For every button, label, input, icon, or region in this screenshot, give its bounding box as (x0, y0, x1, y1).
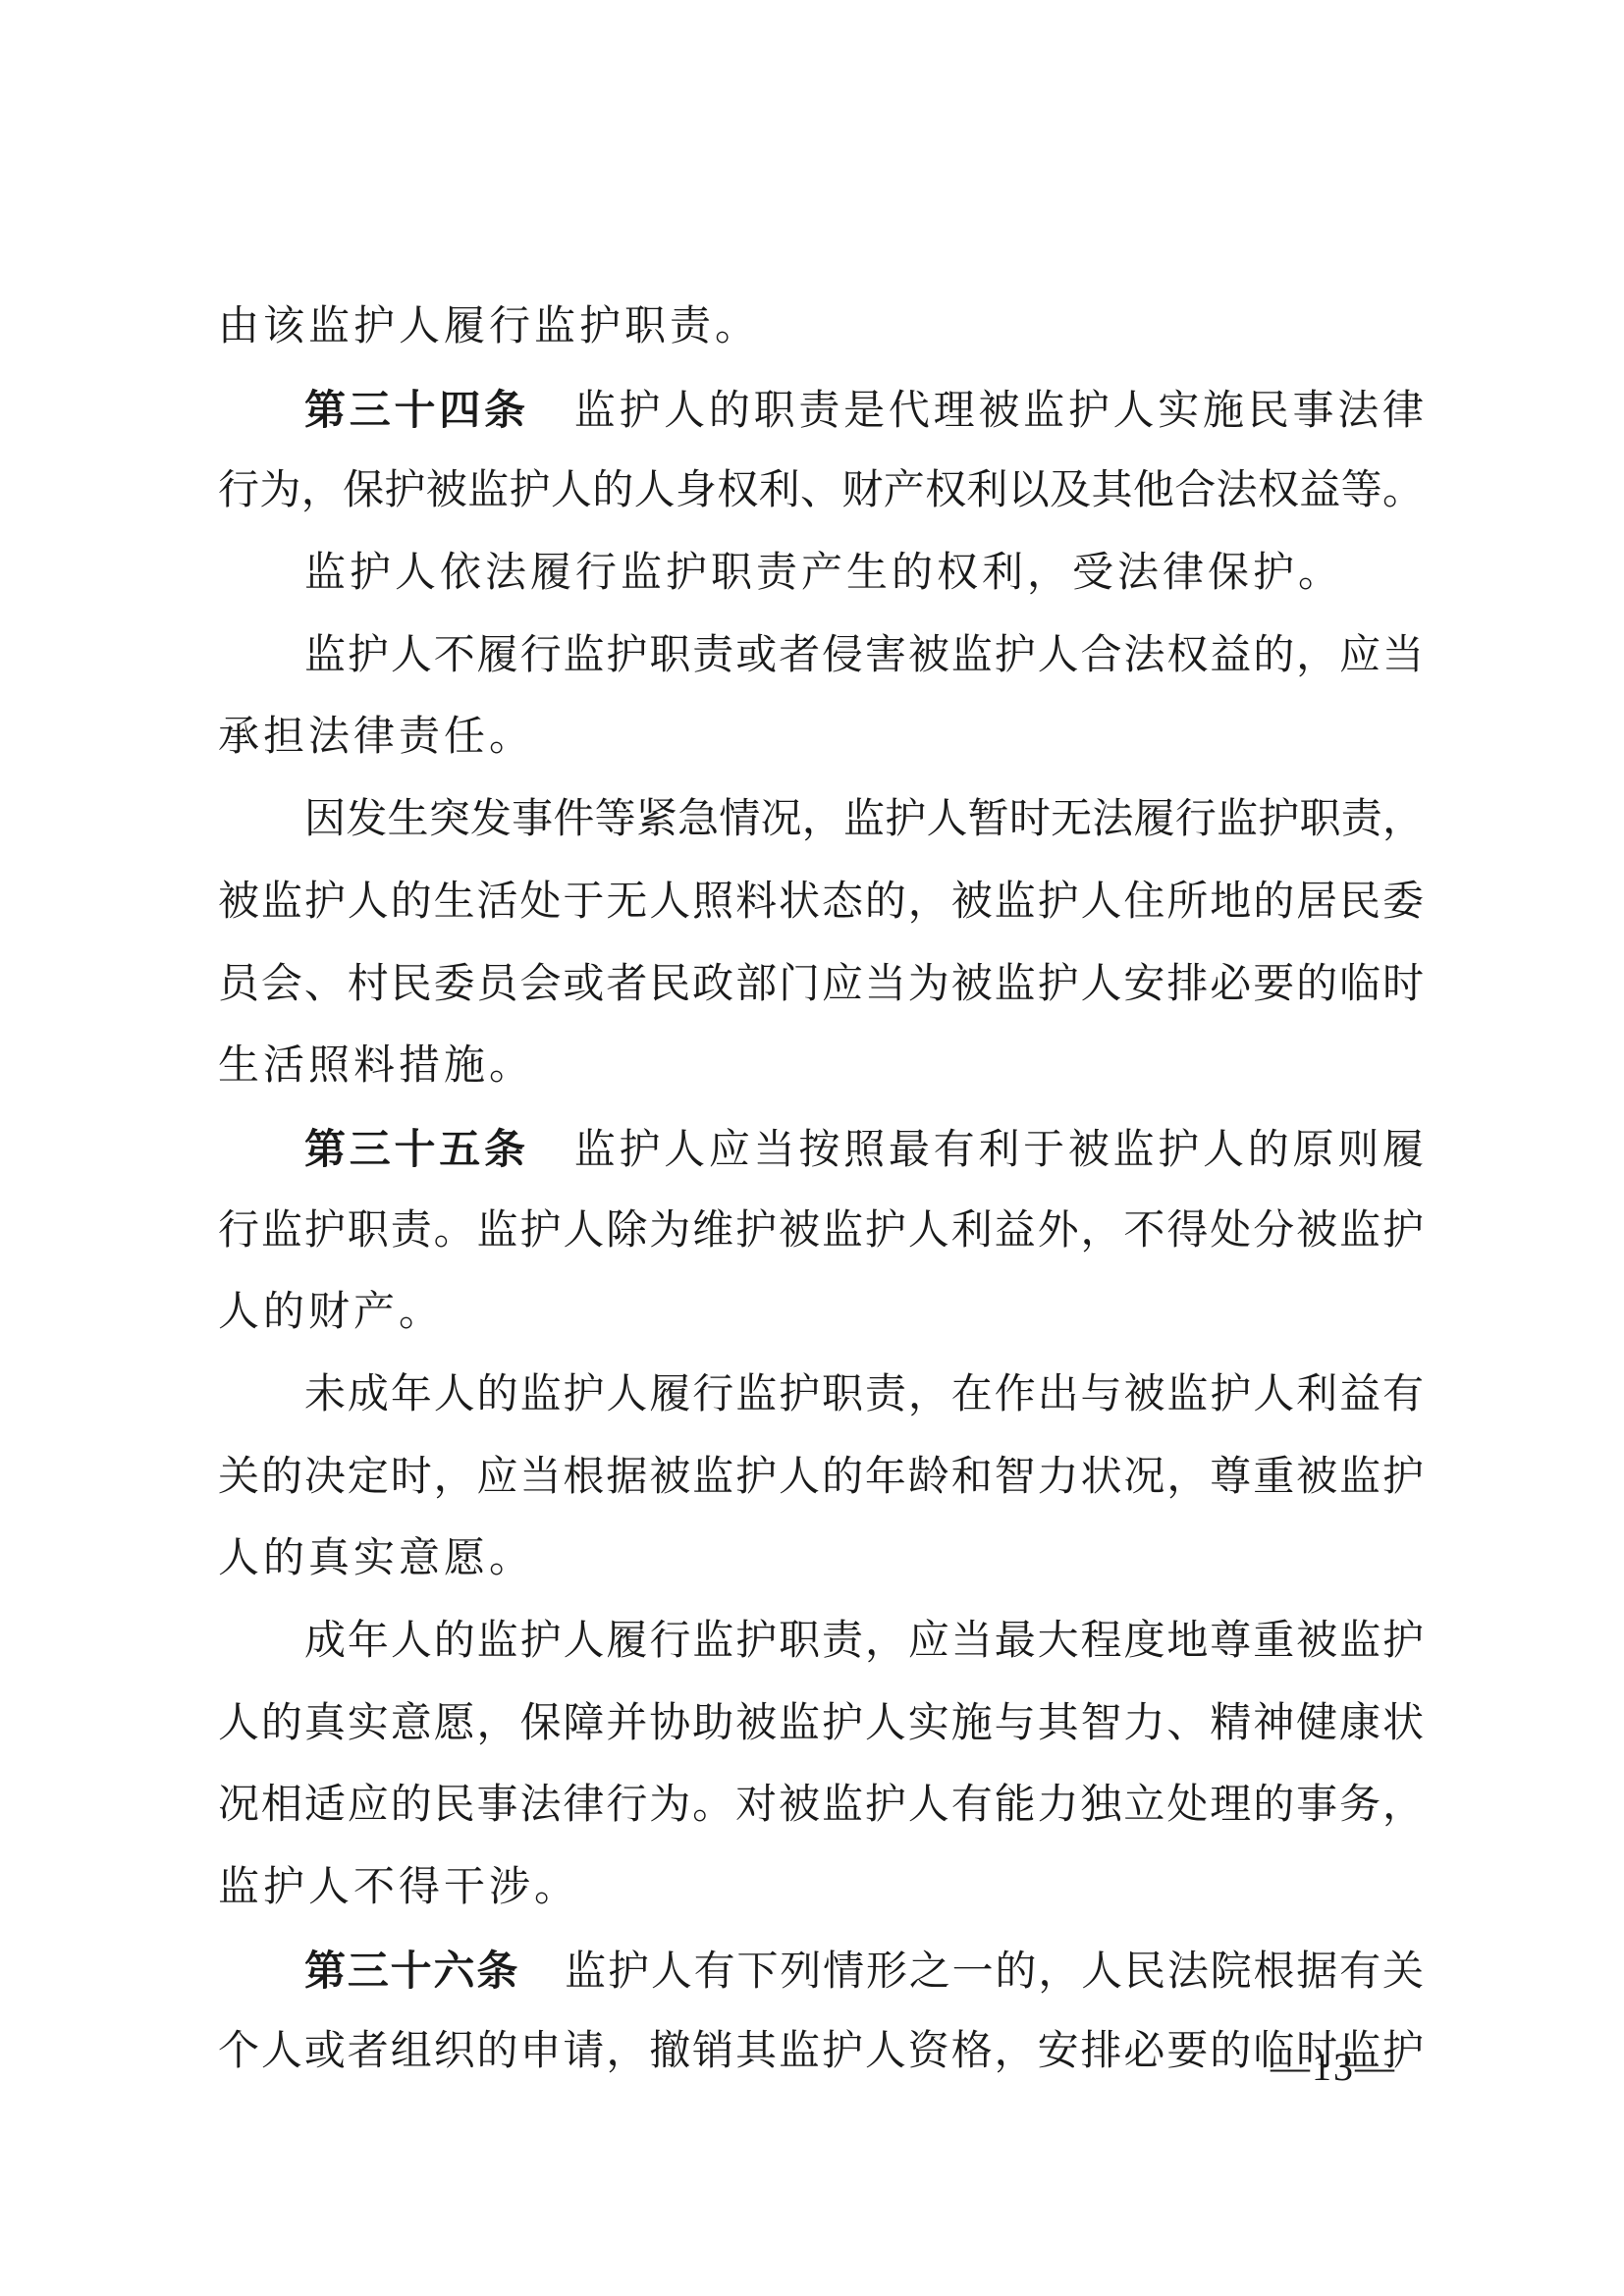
text-line: 成年人的监护人履行监护职责，应当最大程度地尊重被监护 (218, 1601, 1424, 1683)
text-line: 关的决定时，应当根据被监护人的年龄和智力状况，尊重被监护 (218, 1437, 1424, 1520)
text-line: 个人或者组织的申请，撤销其监护人资格，安排必要的临时监护 (218, 2011, 1424, 2094)
line-text: 监护人依法履行监护职责产生的权利，受法律保护。 (304, 551, 1343, 596)
text-line: 监护人依法履行监护职责产生的权利，受法律保护。 (218, 533, 1424, 615)
page-body-text: 由该监护人履行监护职责。第三十四条监护人的职责是代理被监护人实施民事法律行为，保… (218, 287, 1424, 2094)
line-text: 被监护人的生活处于无人照料状态的，被监护人住所地的居民委 (218, 880, 1424, 925)
line-text: 关的决定时，应当根据被监护人的年龄和智力状况，尊重被监护 (218, 1455, 1424, 1500)
text-line: 行为，保护被监护人的人身权利、财产权利以及其他合法权益等。 (218, 451, 1424, 533)
line-text: 成年人的监护人履行监护职责，应当最大程度地尊重被监护 (304, 1619, 1424, 1664)
text-line: 因发生突发事件等紧急情况，监护人暂时无法履行监护职责， (218, 779, 1424, 862)
document-page: 由该监护人履行监护职责。第三十四条监护人的职责是代理被监护人实施民事法律行为，保… (0, 0, 1624, 2296)
text-line: 行监护职责。监护人除为维护被监护人利益外，不得处分被监护 (218, 1191, 1424, 1273)
line-text: 承担法律责任。 (218, 715, 534, 760)
text-line: 人的财产。 (218, 1272, 1424, 1355)
text-line: 人的真实意愿，保障并协助被监护人实施与其智力、精神健康状 (218, 1683, 1424, 1766)
line-text: 人的财产。 (218, 1290, 444, 1335)
line-text: 生活照料措施。 (218, 1043, 534, 1089)
text-line: 监护人不得干涉。 (218, 1847, 1424, 1930)
line-text: 监护人有下列情形之一的，人民法院根据有关 (565, 1949, 1424, 1995)
article-number: 第三十四条 (304, 387, 529, 433)
text-line: 况相适应的民事法律行为。对被监护人有能力独立处理的事务， (218, 1765, 1424, 1847)
line-text: 人的真实意愿，保障并协助被监护人实施与其智力、精神健康状 (218, 1701, 1424, 1746)
text-line: 未成年人的监护人履行监护职责，在作出与被监护人利益有 (218, 1355, 1424, 1437)
line-text: 行监护职责。监护人除为维护被监护人利益外，不得处分被监护 (218, 1208, 1424, 1254)
line-text: 监护人不履行监护职责或者侵害被监护人合法权益的，应当 (304, 633, 1424, 678)
text-line: 被监护人的生活处于无人照料状态的，被监护人住所地的居民委 (218, 862, 1424, 944)
article-number: 第三十六条 (304, 1948, 519, 1994)
line-text: 因发生突发事件等紧急情况，监护人暂时无法履行监护职责， (304, 797, 1424, 842)
line-text: 由该监护人履行监护职责。 (218, 304, 760, 349)
line-text: 未成年人的监护人履行监护职责，在作出与被监护人利益有 (304, 1372, 1424, 1417)
text-line: 监护人不履行监护职责或者侵害被监护人合法权益的，应当 (218, 615, 1424, 698)
line-text: 员会、村民委员会或者民政部门应当为被监护人安排必要的临时 (218, 962, 1424, 1007)
page-number: —13— (1271, 2044, 1396, 2090)
text-line: 由该监护人履行监护职责。 (218, 287, 1424, 369)
line-text: 监护人不得干涉。 (218, 1865, 579, 1910)
line-text: 监护人应当按照最有利于被监护人的原则履 (574, 1128, 1424, 1173)
text-line: 承担法律责任。 (218, 697, 1424, 779)
line-text: 行为，保护被监护人的人身权利、财产权利以及其他合法权益等。 (218, 468, 1424, 513)
line-text: 人的真实意愿。 (218, 1536, 534, 1581)
line-text: 监护人的职责是代理被监护人实施民事法律 (574, 389, 1424, 434)
line-text: 个人或者组织的申请，撤销其监护人资格，安排必要的临时监护 (218, 2029, 1424, 2074)
line-text: 况相适应的民事法律行为。对被监护人有能力独立处理的事务， (218, 1783, 1424, 1828)
text-line: 员会、村民委员会或者民政部门应当为被监护人安排必要的临时 (218, 944, 1424, 1027)
text-line: 生活照料措施。 (218, 1026, 1424, 1108)
text-line: 第三十五条监护人应当按照最有利于被监护人的原则履 (218, 1108, 1424, 1191)
text-line: 第三十四条监护人的职责是代理被监护人实施民事法律 (218, 369, 1424, 452)
text-line: 第三十六条监护人有下列情形之一的，人民法院根据有关 (218, 1930, 1424, 2012)
article-number: 第三十五条 (304, 1126, 529, 1172)
text-line: 人的真实意愿。 (218, 1519, 1424, 1601)
